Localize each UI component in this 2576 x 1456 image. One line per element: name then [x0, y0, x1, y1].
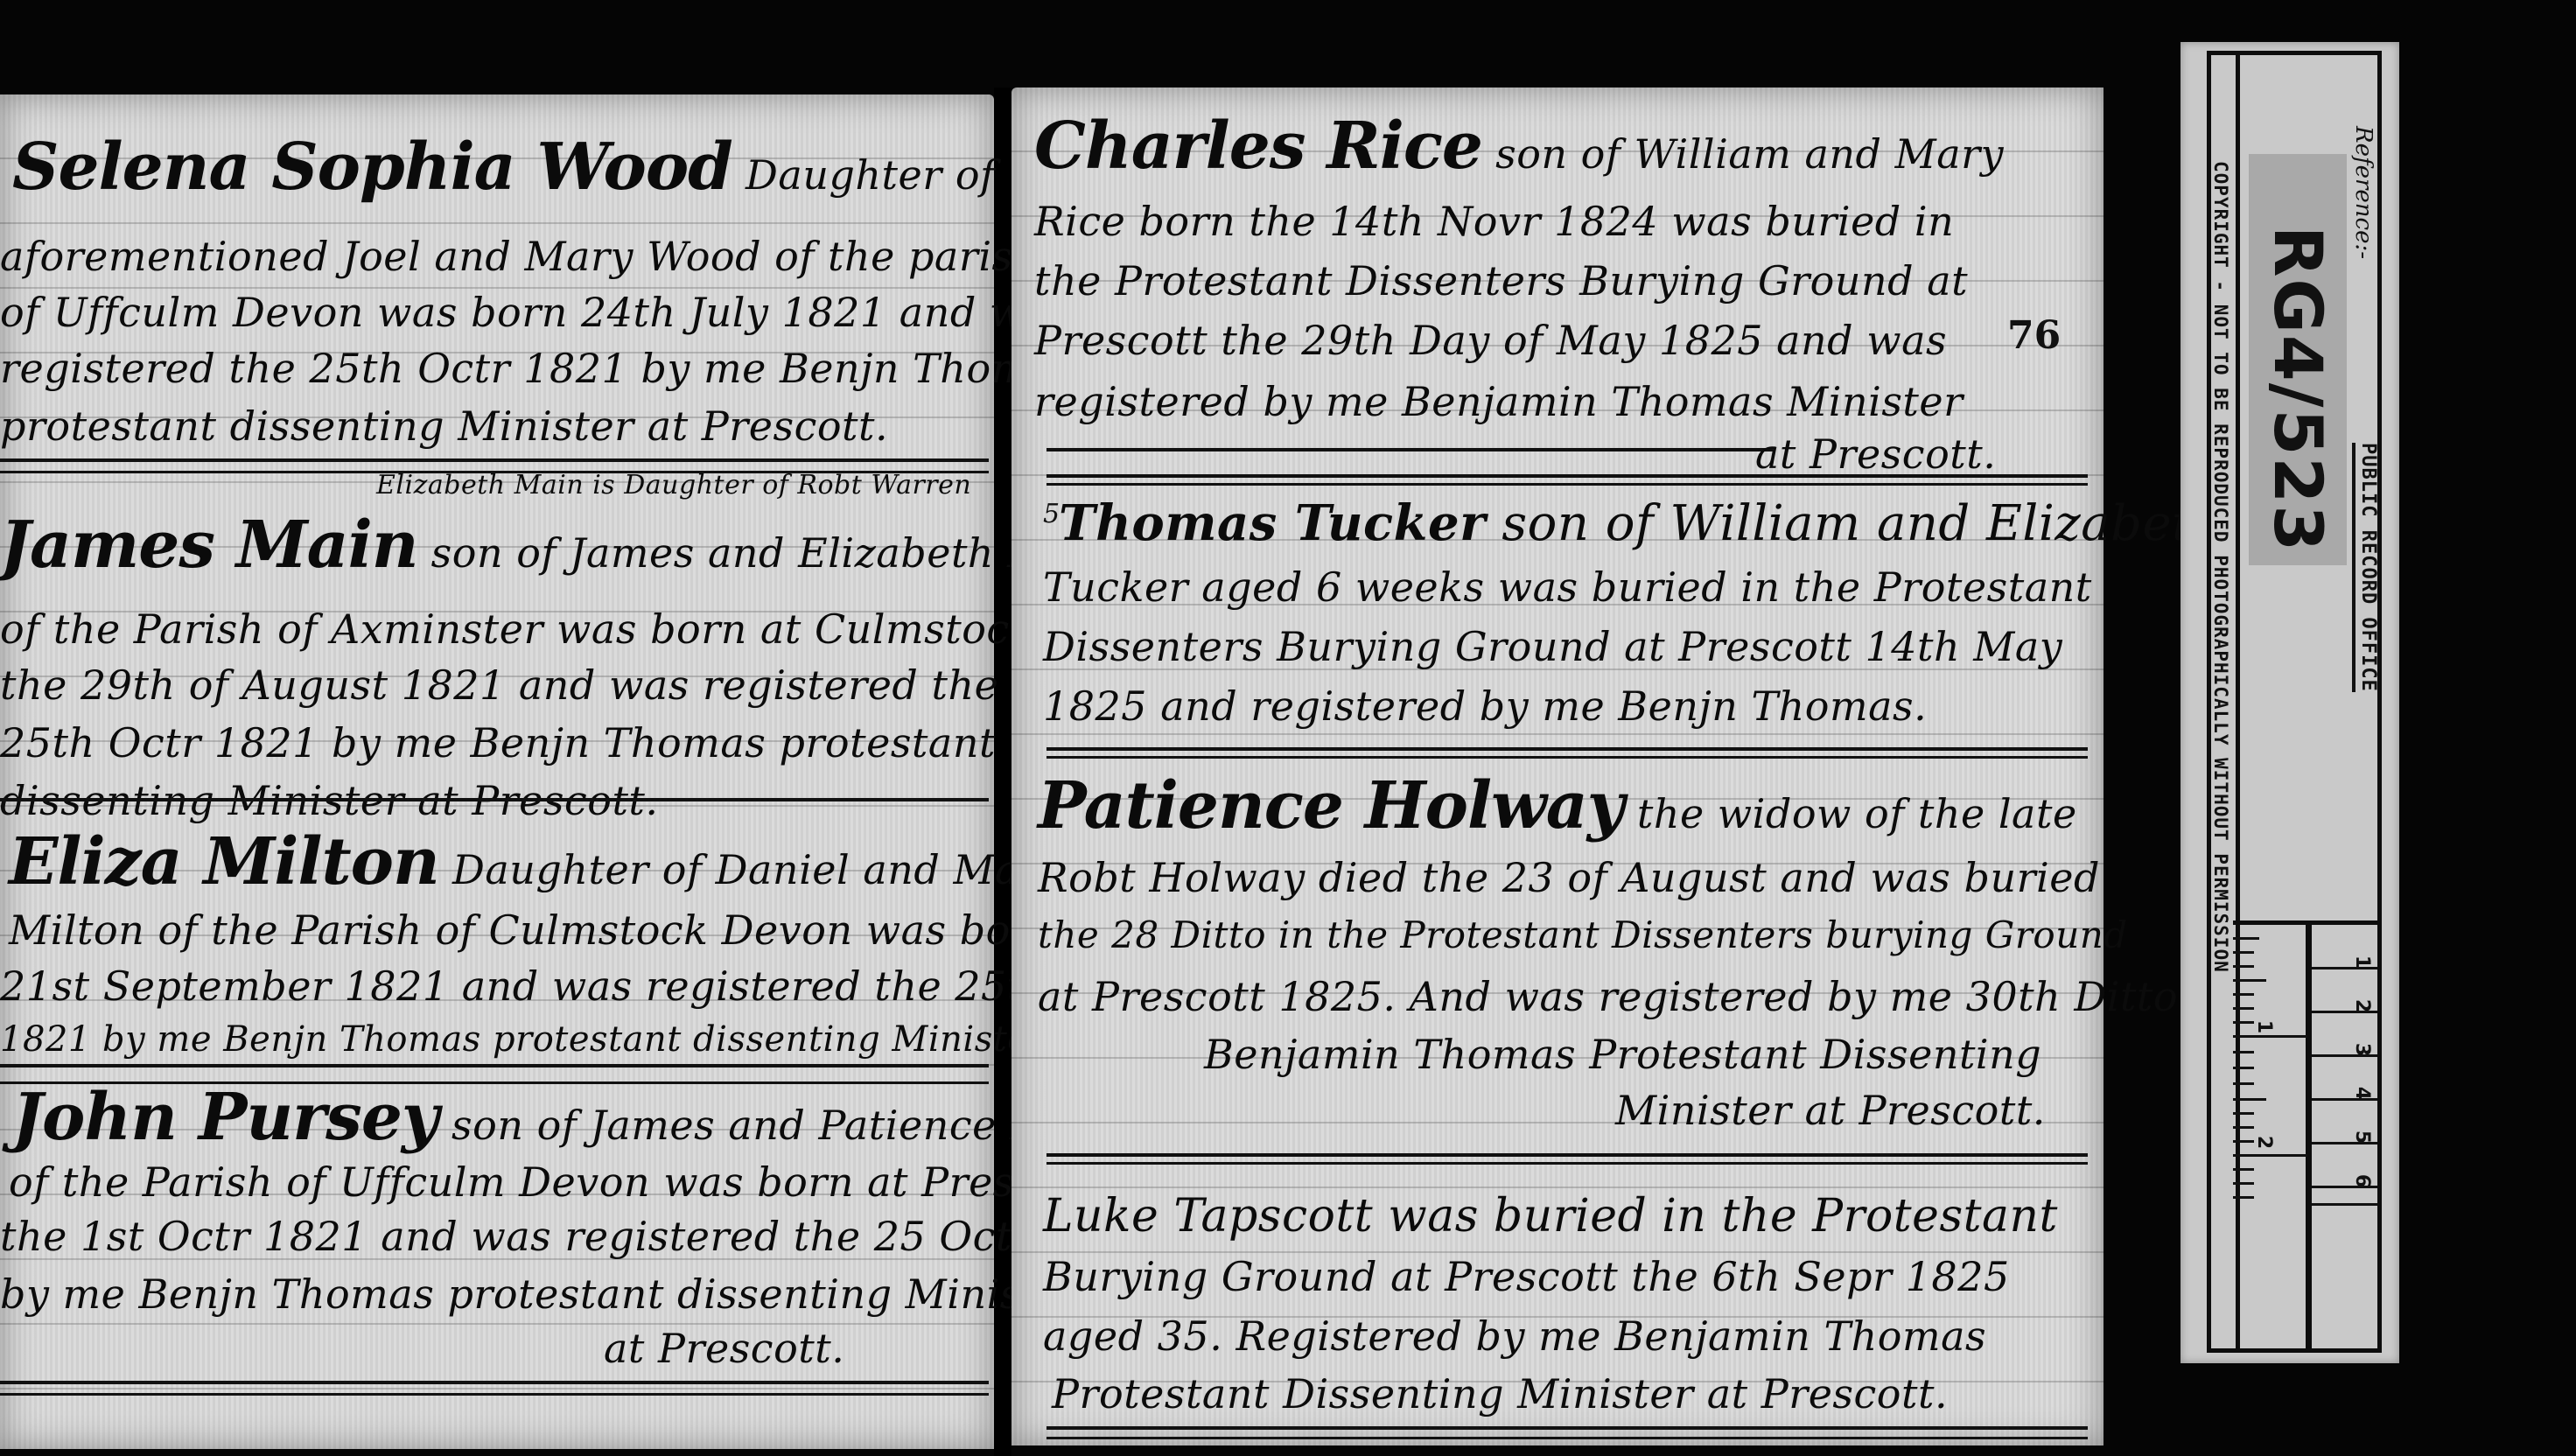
marginal-note: Elizabeth Main is Daughter of Robt Warre…	[376, 472, 971, 499]
entry-line: at Prescott 1825. And was registered by …	[1038, 976, 2178, 1017]
entry-line: Patience Holway the widow of the late	[1038, 773, 2077, 838]
entry-line: Tucker aged 6 weeks was buried in the Pr…	[1043, 567, 2092, 607]
copyright-notice: COPYRIGHT - NOT TO BE REPRODUCED PHOTOGR…	[2210, 161, 2231, 973]
entry-divider	[1046, 1162, 2088, 1165]
entry-line: of the Parish of Axminster was born at C…	[0, 609, 1034, 649]
entry-line: Eliza Milton Daughter of Daniel and Mary	[9, 829, 1062, 894]
inch-label: 2	[2253, 1136, 2275, 1149]
entry-divider	[1046, 448, 1773, 451]
entry-line: the 28 Ditto in the Protestant Dissenter…	[1038, 917, 2128, 954]
entry-divider	[1046, 1437, 2088, 1439]
entry-line: Thomas Tucker son of William and Elizabe…	[1059, 499, 2224, 549]
entry-line: Burying Ground at Prescott the 6th Sepr …	[1043, 1256, 2010, 1297]
left-register-page: Selena Sophia Wood Daughter of aforement…	[0, 94, 994, 1449]
entry-divider	[1046, 1153, 2088, 1157]
entry-line: Protestant Dissenting Minister at Presco…	[1052, 1374, 1948, 1414]
cm-label: 4	[2351, 1087, 2373, 1100]
entry-line: Benjamin Thomas Protestant Dissenting	[1204, 1034, 2041, 1074]
entry-line: Minister at Prescott.	[1615, 1090, 2046, 1130]
entry-line: registered by me Benjamin Thomas Ministe…	[1034, 381, 1963, 422]
entry-line: Charles Rice son of William and Mary	[1034, 114, 2004, 178]
entry-divider	[0, 1064, 989, 1067]
entry-divider	[0, 1381, 989, 1384]
right-register-page: Charles Rice son of William and Mary Ric…	[1011, 87, 2103, 1445]
entry-line: registered the 25th Octr 1821 by me Benj…	[0, 348, 1075, 388]
entry-name: Selena Sophia Wood	[12, 129, 732, 205]
entry-line: Milton of the Parish of Culmstock Devon …	[9, 910, 1056, 950]
entry-line: Dissenters Burying Ground at Prescott 14…	[1043, 626, 2062, 667]
entry-line: by me Benjn Thomas protestant dissenting…	[0, 1274, 1081, 1314]
centimetre-ruler: 1 2 3 4 5 6	[2307, 920, 2382, 1353]
entry-line: of the Parish of Uffculm Devon was born …	[9, 1162, 1095, 1202]
reference-label: Reference:-	[2350, 126, 2376, 259]
archive-reference-card: Reference:- RG4/523 COPYRIGHT - NOT TO B…	[2180, 42, 2399, 1363]
entry-line: protestant dissenting Minister at Presco…	[0, 406, 888, 446]
entry-name: Thomas Tucker	[1059, 494, 1486, 552]
entry-line: the Protestant Dissenters Burying Ground…	[1034, 261, 1968, 301]
entry-divider	[1046, 474, 2088, 478]
entry-line: John Pursey son of James and Patience Pu…	[12, 1085, 1151, 1150]
entry-divider	[0, 1393, 989, 1396]
folio-number: 76	[2007, 313, 2061, 358]
entry-line: Selena Sophia Wood Daughter of	[12, 135, 996, 199]
entry-line: at Prescott.	[1755, 434, 1996, 474]
entry-line: aged 35. Registered by me Benjamin Thoma…	[1043, 1316, 1986, 1356]
entry-line: of Uffculm Devon was born 24th July 1821…	[0, 292, 1070, 332]
entry-line: at Prescott.	[604, 1328, 844, 1368]
cm-label: 2	[2351, 999, 2373, 1012]
entry-line: Robt Holway died the 23 of August and wa…	[1038, 857, 2100, 898]
inch-ruler: 1 2	[2233, 920, 2310, 1353]
entry-line: 1825 and registered by me Benjn Thomas.	[1043, 686, 1927, 726]
public-record-office-label: PUBLIC RECORD OFFICE	[2352, 443, 2379, 692]
entry-name: James Main	[0, 507, 418, 583]
entry-number: 5	[1043, 499, 1060, 529]
entry-line: aforementioned Joel and Mary Wood of the…	[0, 236, 1039, 276]
entry-line: 21st September 1821 and was registered t…	[0, 966, 1156, 1006]
entry-line: Rice born the 14th Novr 1824 was buried …	[1034, 201, 1954, 241]
cm-label: 3	[2351, 1043, 2373, 1056]
entry-line: 25th Octr 1821 by me Benjn Thomas protes…	[0, 723, 996, 763]
cm-label: 1	[2351, 955, 2373, 969]
entry-divider	[1046, 1426, 2088, 1430]
entry-divider	[0, 798, 989, 801]
cm-label: 6	[2351, 1174, 2373, 1187]
entry-line: Luke Tapscott was buried in the Protesta…	[1043, 1193, 2058, 1239]
entry-divider	[1046, 483, 2088, 486]
entry-line: the 1st Octr 1821 and was registered the…	[0, 1216, 1150, 1256]
entry-name: Eliza Milton	[9, 824, 439, 899]
entry-line: the 29th of August 1821 and was register…	[0, 665, 998, 705]
inch-label: 1	[2253, 1020, 2275, 1033]
entry-line: James Main son of James and Elizabeth Ma…	[0, 513, 1113, 577]
entry-line: Prescott the 29th Day of May 1825 and wa…	[1034, 320, 1947, 360]
entry-name: Patience Holway	[1038, 768, 1624, 843]
entry-name: Charles Rice	[1034, 108, 1482, 184]
entry-name: John Pursey	[12, 1080, 438, 1155]
cm-label: 5	[2351, 1130, 2373, 1144]
entry-divider	[0, 458, 989, 462]
entry-divider	[1046, 747, 2088, 751]
reference-code: RG4/523	[2259, 226, 2337, 553]
entry-divider	[1046, 756, 2088, 759]
